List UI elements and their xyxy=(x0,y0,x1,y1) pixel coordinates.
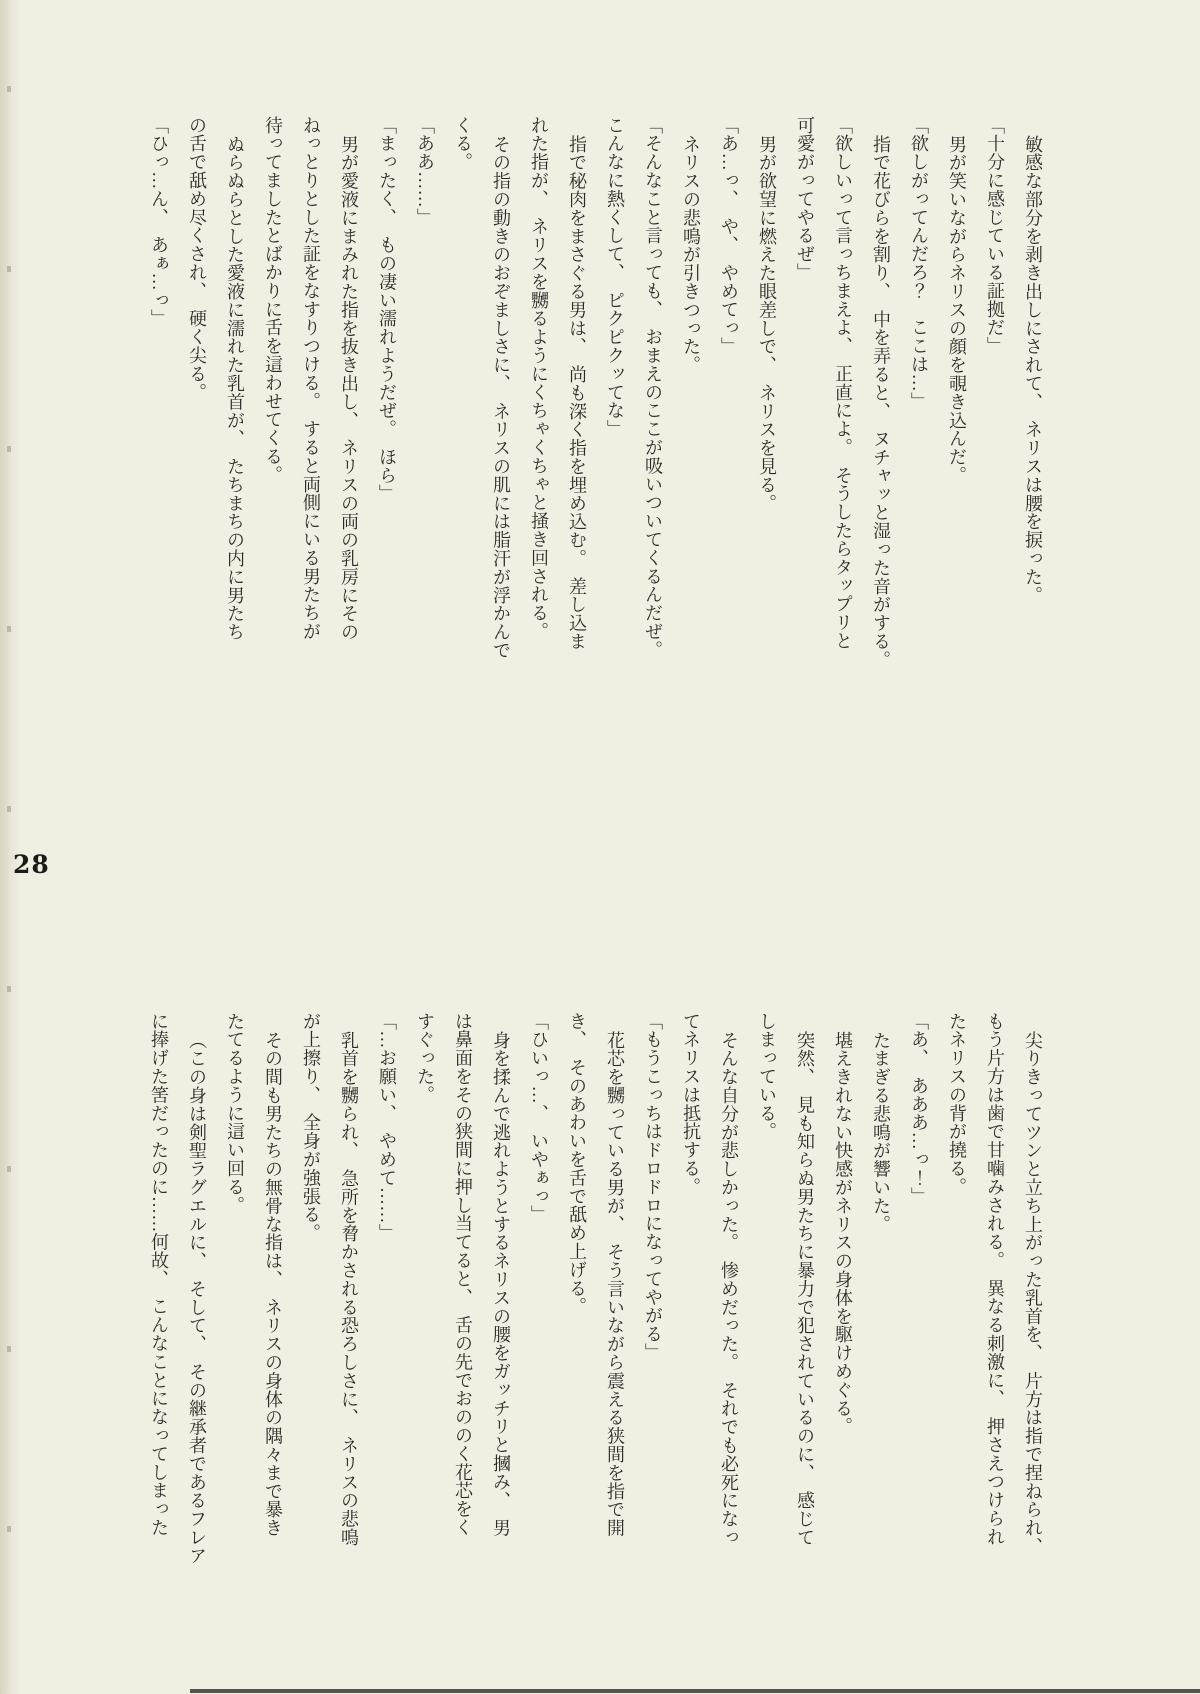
text-line: たてるように這い回る。 xyxy=(216,1012,254,1602)
text-line: その間も男たちの無骨な指は、 ネリスの身体の隅々まで暴き xyxy=(254,1012,292,1602)
text-line: の舌で舐め尽くされ、 硬く尖る。 xyxy=(178,116,216,698)
text-line: ぬらぬらとした愛液に濡れた乳首が、 たちまちの内に男たち xyxy=(216,116,254,698)
text-line: 男が愛液にまみれた指を抜き出し、 ネリスの両の乳房にその xyxy=(330,116,368,698)
text-line: 「あ、 あああ…っ！」 xyxy=(900,1012,938,1602)
text-line: に捧げた筈だったのに……何故、 こんなことになってしまった xyxy=(140,1012,178,1602)
text-line: 「欲しいって言っちまえよ、 正直によ。 そうしたらタップリと xyxy=(824,116,862,698)
text-line: くる。 xyxy=(444,116,482,698)
text-line: れた指が、 ネリスを嬲るようにくちゃくちゃと掻き回される。 xyxy=(520,116,558,698)
text-line: たネリスの背が撓る。 xyxy=(938,1012,976,1602)
text-line: 「ああ……」 xyxy=(406,116,444,698)
text-block-top: 敏感な部分を剥き出しにされて、 ネリスは腰を捩った。「十分に感じている証拠だ」男… xyxy=(140,116,1052,698)
text-line: その指の動きのおぞましさに、 ネリスの肌には脂汗が浮かんで xyxy=(482,116,520,698)
text-line: ネリスの悲鳴が引きつった。 xyxy=(672,116,710,698)
text-line: すぐった。 xyxy=(406,1012,444,1602)
text-line: 待ってましたとばかりに舌を這わせてくる。 xyxy=(254,116,292,698)
text-line: 花芯を嬲っている男が、 そう言いながら震える狭間を指で開 xyxy=(596,1012,634,1602)
text-line: こんなに熱くして、 ピクピクッてな」 xyxy=(596,116,634,698)
scanned-page: 28 敏感な部分を剥き出しにされて、 ネリスは腰を捩った。「十分に感じている証拠… xyxy=(0,0,1200,1694)
text-line: 「十分に感じている証拠だ」 xyxy=(976,116,1014,698)
text-line: たまぎる悲鳴が響いた。 xyxy=(862,1012,900,1602)
text-line: が上擦り、 全身が強張る。 xyxy=(292,1012,330,1602)
text-line: 堪えきれない快感がネリスの身体を駆けめぐる。 xyxy=(824,1012,862,1602)
text-line: ねっとりとした証をなすりつける。 すると両側にいる男たちが xyxy=(292,116,330,698)
text-line: しまっている。 xyxy=(748,1012,786,1602)
text-line: 「あ…っ、 や、 やめてっ」 xyxy=(710,116,748,698)
text-line: 指で秘肉をまさぐる男は、 尚も深く指を埋め込む。 差し込ま xyxy=(558,116,596,698)
text-line: 「…お願い、 やめて……」 xyxy=(368,1012,406,1602)
text-line: 突然、 見も知らぬ男たちに暴力で犯されているのに、 感じて xyxy=(786,1012,824,1602)
text-line: 「ひっ…ん、 あぁ…っ」 xyxy=(140,116,178,698)
text-line: そんな自分が悲しかった。 惨めだった。 それでも必死になっ xyxy=(710,1012,748,1602)
page-number: 28 xyxy=(13,850,50,879)
text-line: 「そんなこと言っても、 おまえのここが吸いついてくるんだぜ。 xyxy=(634,116,672,698)
text-line: てネリスは抵抗する。 xyxy=(672,1012,710,1602)
text-line: 「ひいっ…、 いやぁっ」 xyxy=(520,1012,558,1602)
text-line: 敏感な部分を剥き出しにされて、 ネリスは腰を捩った。 xyxy=(1014,116,1052,698)
text-line: 指で花びらを割り、 中を弄ると、 ヌチャッと湿った音がする。 xyxy=(862,116,900,698)
text-line: 可愛がってやるぜ」 xyxy=(786,116,824,698)
page-edge-tick-marks xyxy=(7,0,11,1694)
text-line: 「もうこっちはドロドロになってやがる」 xyxy=(634,1012,672,1602)
text-line: 尖りきってツンと立ち上がった乳首を、 片方は指で捏ねられ、 xyxy=(1014,1012,1052,1602)
text-line: 「まったく、 もの凄い濡れようだぜ。 ほら」 xyxy=(368,116,406,698)
text-line: 男が笑いながらネリスの顔を覗き込んだ。 xyxy=(938,116,976,698)
text-line: 身を揉んで逃れようとするネリスの腰をガッチリと摑み、 男 xyxy=(482,1012,520,1602)
scan-artifact-bottom-line xyxy=(190,1689,1200,1693)
text-line: き、 そのあわいを舌で舐め上げる。 xyxy=(558,1012,596,1602)
text-line: 男が欲望に燃えた眼差しで、 ネリスを見る。 xyxy=(748,116,786,698)
text-block-bottom: 尖りきってツンと立ち上がった乳首を、 片方は指で捏ねられ、もう片方は歯で甘噛みさ… xyxy=(140,1012,1052,1602)
text-line: は鼻面をその狭間に押し当てると、 舌の先でおののく花芯をく xyxy=(444,1012,482,1602)
text-line: （この身は剣聖ラグエルに、 そして、 その継承者であるフレア xyxy=(178,1012,216,1602)
text-line: もう片方は歯で甘噛みされる。 異なる刺激に、 押さえつけられ xyxy=(976,1012,1014,1602)
text-line: 乳首を嬲られ、 急所を脅かされる恐ろしさに、 ネリスの悲鳴 xyxy=(330,1012,368,1602)
text-line: 「欲しがってんだろ？ ここは…」 xyxy=(900,116,938,698)
